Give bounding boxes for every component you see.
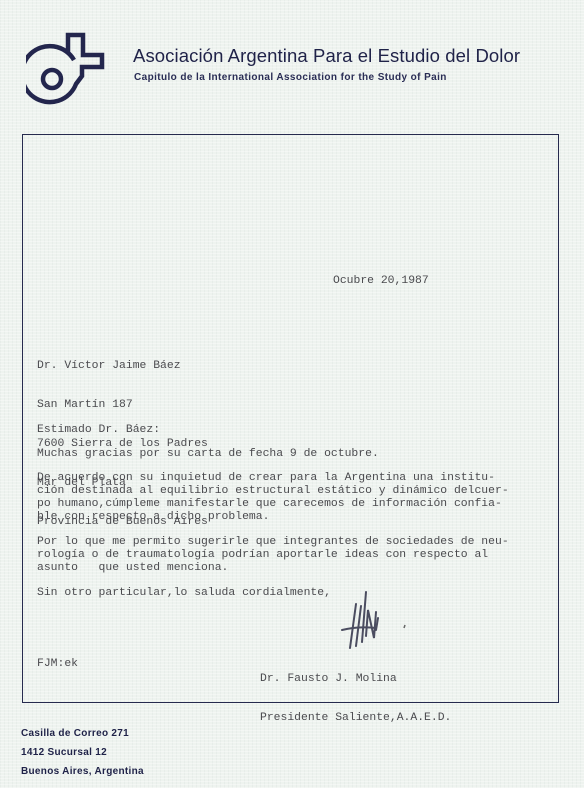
footer-line: Buenos Aires, Argentina <box>21 762 144 781</box>
recipient-line: San Martín 187 <box>37 399 208 412</box>
handwritten-signature-icon <box>336 590 416 652</box>
paragraph: Muchas gracias por su carta de fecha 9 d… <box>37 448 379 461</box>
organization-subtitle: Capitulo de la International Association… <box>134 72 447 83</box>
organization-title: Asociación Argentina Para el Estudio del… <box>133 45 520 67</box>
footer-line: Casilla de Correo 271 <box>21 724 144 743</box>
recipient-line: Dr. Víctor Jaime Báez <box>37 360 208 373</box>
letter-date: Ocubre 20,1987 <box>333 275 429 288</box>
salutation: Estimado Dr. Báez: <box>37 424 160 437</box>
closing-line: Sin otro particular,lo saluda cordialmen… <box>37 587 331 600</box>
aaed-logo-icon <box>26 30 106 106</box>
signer-block: Dr. Fausto J. Molina Presidente Saliente… <box>260 647 451 738</box>
paragraph: Por lo que me permito sugerirle que inte… <box>37 536 509 575</box>
signer-title: Presidente Saliente,A.A.E.D. <box>260 712 451 725</box>
signer-name: Dr. Fausto J. Molina <box>260 673 451 686</box>
footer-line: 1412 Sucursal 12 <box>21 743 144 762</box>
footer-address: Casilla de Correo 271 1412 Sucursal 12 B… <box>21 724 144 781</box>
paragraph: De acuerdo con su inquietud de crear par… <box>37 472 509 524</box>
typist-initials: FJM:ek <box>37 658 78 671</box>
